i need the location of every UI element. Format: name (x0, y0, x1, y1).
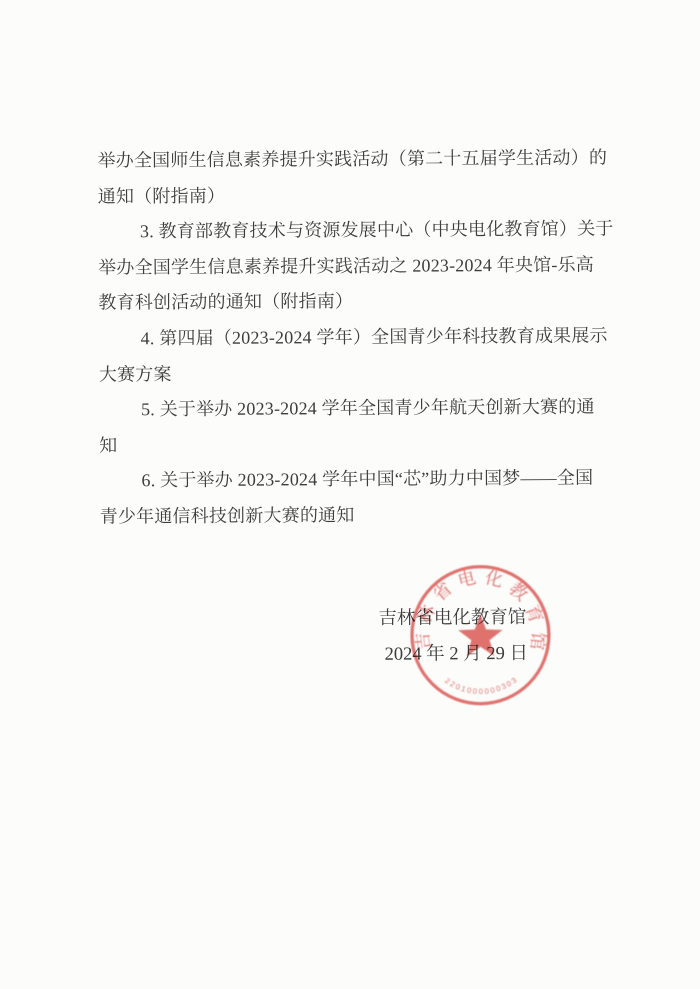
body-line: 4. 第四届（2023-2024 学年）全国青少年科技教育成果展示 (99, 318, 619, 357)
document-page: 举办全国师生信息素养提升实践活动（第二十五届学生活动）的 通知（附指南） 3. … (0, 0, 700, 989)
seal-serial-number: 2201000000303 (443, 676, 518, 697)
body-line: 举办全国学生信息素养提升实践活动之 2023-2024 年央馆-乐高 (98, 247, 618, 286)
document-body: 举办全国师生信息素养提升实践活动（第二十五届学生活动）的 通知（附指南） 3. … (97, 140, 619, 535)
body-line: 大赛方案 (99, 354, 619, 393)
body-line: 6. 关于举办 2023-2024 学年中国“芯”助力中国梦——全国 (99, 461, 619, 500)
body-line: 5. 关于举办 2023-2024 学年全国青少年航天创新大赛的通 (99, 390, 619, 429)
body-line: 青少年通信科技创新大赛的通知 (100, 496, 620, 535)
body-line: 3. 教育部教育技术与资源发展中心（中央电化教育馆）关于 (98, 212, 618, 251)
official-seal: 吉林省电化教育馆 2201000000303 (408, 563, 553, 708)
seal-star-icon (458, 614, 503, 656)
body-line: 知 (99, 425, 619, 464)
body-line: 通知（附指南） (98, 176, 618, 215)
body-line: 教育科创活动的通知（附指南） (98, 283, 618, 322)
scanned-content: 举办全国师生信息素养提升实践活动（第二十五届学生活动）的 通知（附指南） 3. … (0, 0, 700, 989)
body-line: 举办全国师生信息素养提升实践活动（第二十五届学生活动）的 (97, 140, 617, 179)
